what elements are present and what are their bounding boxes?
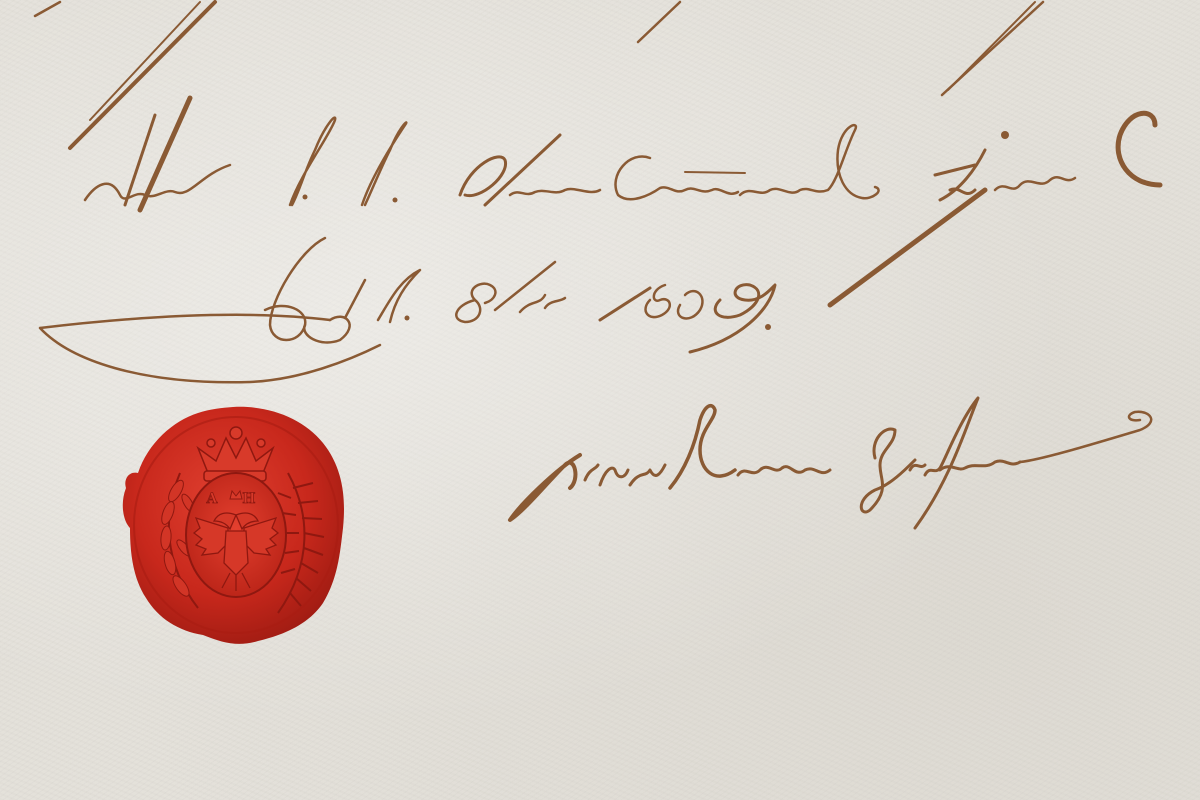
signature-andreas-hofer (510, 398, 1151, 528)
handwriting-layer: Vom k.k. Ober-Commando Tyrol d. 19. 8ber… (0, 0, 1200, 800)
handwriting-line-1 (85, 113, 1160, 205)
handwriting-line-2 (40, 238, 775, 382)
wax-seal: A H (118, 403, 348, 648)
